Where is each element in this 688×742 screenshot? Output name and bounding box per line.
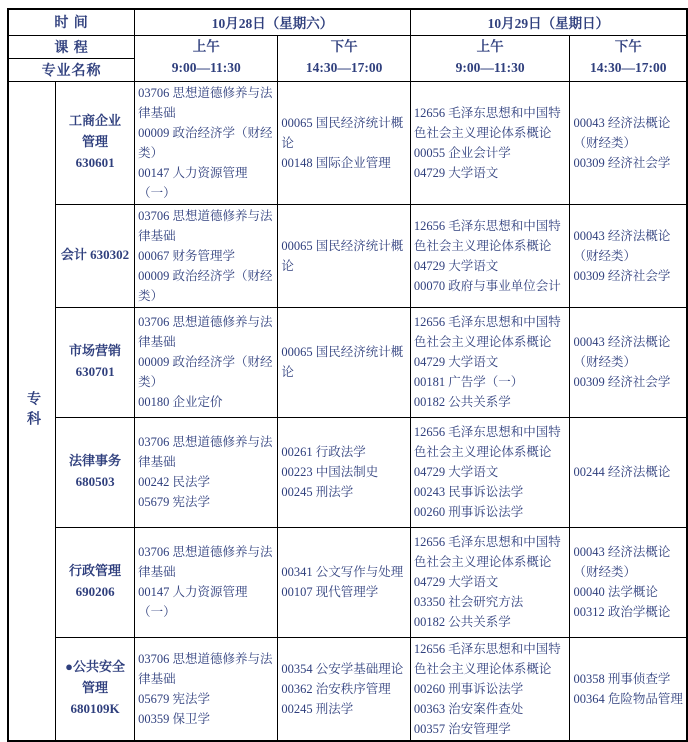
course-cell-sun-pm: 00358 刑事侦查学00364 危险物品管理 [570, 637, 687, 741]
course-cell-sat-am: 03706 思想道德修养与法律基础05679 宪法学00359 保卫学 [135, 637, 278, 741]
table-row: 法律事务680503 03706 思想道德修养与法律基础00242 民法学056… [8, 417, 687, 527]
major-cell: 行政管理690206 [56, 527, 135, 637]
table-row: 市场营销630701 03706 思想道德修养与法律基础00009 政治经济学（… [8, 307, 687, 417]
session-sun-pm: 下午 14:30—17:00 [570, 35, 687, 81]
table-row: 会计 630302 03706 思想道德修养与法律基础00067 财务管理学00… [8, 204, 687, 307]
header-row-sessions: 课 程 上午 9:00—11:30 下午 14:30—17:00 上午 9:00… [8, 35, 687, 58]
major-cell: 市场营销630701 [56, 307, 135, 417]
course-cell-sun-pm: 00043 经济法概论（财经类）00309 经济社会学 [570, 307, 687, 417]
course-cell-sat-pm: 00065 国民经济统计概论00148 国际企业管理 [278, 81, 410, 204]
course-cell-sun-am: 12656 毛泽东思想和中国特色社会主义理论体系概论04729 大学语文0335… [410, 527, 570, 637]
exam-schedule-table: 时 间 10月28日（星期六） 10月29日（星期日） 课 程 上午 9:00—… [7, 8, 688, 742]
course-cell-sat-pm: 00261 行政法学00223 中国法制史00245 刑法学 [278, 417, 410, 527]
course-cell-sat-am: 03706 思想道德修养与法律基础00009 政治经济学（财经类）00180 企… [135, 307, 278, 417]
course-cell-sun-pm: 00043 经济法概论（财经类）00309 经济社会学 [570, 81, 687, 204]
table-row: 行政管理690206 03706 思想道德修养与法律基础00147 人力资源管理… [8, 527, 687, 637]
course-cell-sat-pm: 00341 公文写作与处理00107 现代管理学 [278, 527, 410, 637]
session-period: 下午 [281, 37, 406, 58]
major-cell: 工商企业管理630601 [56, 81, 135, 204]
major-cell: ●公共安全管理680109K [56, 637, 135, 741]
course-cell-sat-pm: 00065 国民经济统计概论 [278, 204, 410, 307]
course-cell-sat-am: 03706 思想道德修养与法律基础00147 人力资源管理（一） [135, 527, 278, 637]
course-cell-sun-am: 12656 毛泽东思想和中国特色社会主义理论体系概论04729 大学语文0018… [410, 307, 570, 417]
session-time: 14:30—17:00 [573, 58, 683, 79]
header-row-dates: 时 间 10月28日（星期六） 10月29日（星期日） [8, 9, 687, 35]
session-time: 9:00—11:30 [414, 58, 567, 79]
table-row: 专科 工商企业管理630601 03706 思想道德修养与法律基础00009 政… [8, 81, 687, 204]
course-cell-sat-am: 03706 思想道德修养与法律基础00009 政治经济学（财经类）00147 人… [135, 81, 278, 204]
course-cell-sat-pm: 00354 公安学基础理论00362 治安秩序管理00245 刑法学 [278, 637, 410, 741]
header-date-saturday: 10月28日（星期六） [135, 9, 411, 35]
level-cell: 专科 [8, 81, 56, 741]
major-cell: 会计 630302 [56, 204, 135, 307]
header-major-label: 专业名称 [8, 58, 135, 81]
session-time: 14:30—17:00 [281, 58, 406, 79]
level-label: 专科 [22, 391, 42, 431]
course-cell-sat-am: 03706 思想道德修养与法律基础00067 财务管理学00009 政治经济学（… [135, 204, 278, 307]
major-cell: 法律事务680503 [56, 417, 135, 527]
session-period: 上午 [414, 37, 567, 58]
course-cell-sun-pm: 00244 经济法概论 [570, 417, 687, 527]
course-cell-sun-pm: 00043 经济法概论（财经类）00309 经济社会学 [570, 204, 687, 307]
session-sat-am: 上午 9:00—11:30 [135, 35, 278, 81]
course-cell-sun-am: 12656 毛泽东思想和中国特色社会主义理论体系概论00260 刑事诉讼法学00… [410, 637, 570, 741]
course-cell-sat-pm: 00065 国民经济统计概论 [278, 307, 410, 417]
header-course-label: 课 程 [8, 35, 135, 58]
session-period: 上午 [138, 37, 274, 58]
header-time-label: 时 间 [8, 9, 135, 35]
table-row: ●公共安全管理680109K 03706 思想道德修养与法律基础05679 宪法… [8, 637, 687, 741]
header-date-sunday: 10月29日（星期日） [410, 9, 687, 35]
session-time: 9:00—11:30 [138, 58, 274, 79]
session-sat-pm: 下午 14:30—17:00 [278, 35, 410, 81]
course-cell-sun-am: 12656 毛泽东思想和中国特色社会主义理论体系概论04729 大学语文0024… [410, 417, 570, 527]
session-period: 下午 [573, 37, 683, 58]
course-cell-sun-am: 12656 毛泽东思想和中国特色社会主义理论体系概论00055 企业会计学047… [410, 81, 570, 204]
course-cell-sun-pm: 00043 经济法概论（财经类）00040 法学概论00312 政治学概论 [570, 527, 687, 637]
course-cell-sat-am: 03706 思想道德修养与法律基础00242 民法学05679 宪法学 [135, 417, 278, 527]
course-cell-sun-am: 12656 毛泽东思想和中国特色社会主义理论体系概论04729 大学语文0007… [410, 204, 570, 307]
session-sun-am: 上午 9:00—11:30 [410, 35, 570, 81]
